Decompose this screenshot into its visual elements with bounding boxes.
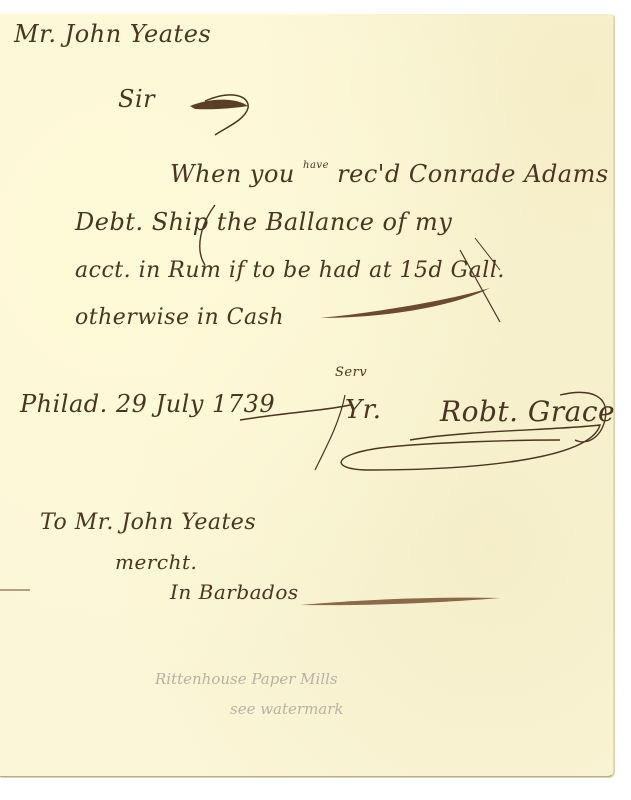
- address-line-2: mercht.: [115, 550, 197, 574]
- body-line-1-prefix: When you: [170, 160, 295, 188]
- body-line-2: Debt. Ship the Ballance of my: [75, 208, 452, 236]
- date-month: July: [156, 390, 204, 418]
- closing-superscript: Serv: [335, 365, 367, 380]
- closing: Yr.: [345, 395, 382, 425]
- address-line-3: In Barbados: [170, 580, 299, 604]
- body-line-3: acct. in Rum if to be had at 15d Gall.: [75, 258, 505, 283]
- body-line-1-insert: have: [303, 160, 329, 171]
- salutation-name: Mr. John Yeates: [14, 20, 211, 48]
- address-line-1: To Mr. John Yeates: [40, 510, 256, 535]
- body-line-1-suffix: rec'd Conrade Adams: [337, 160, 609, 188]
- pencil-note-line-1: Rittenhouse Paper Mills: [155, 670, 338, 688]
- date-year: 1739: [212, 390, 275, 418]
- signature: Robt. Grace: [440, 395, 615, 428]
- date-place: Philad.: [20, 390, 108, 418]
- body-line-4: otherwise in Cash: [75, 305, 284, 330]
- date-day: 29: [116, 390, 148, 418]
- pencil-note-line-2: see watermark: [230, 700, 344, 718]
- salutation: Sir: [118, 85, 155, 113]
- dateline: Philad. 29 July 1739: [20, 390, 275, 418]
- body-line-1: When you have rec'd Conrade Adams: [170, 160, 609, 188]
